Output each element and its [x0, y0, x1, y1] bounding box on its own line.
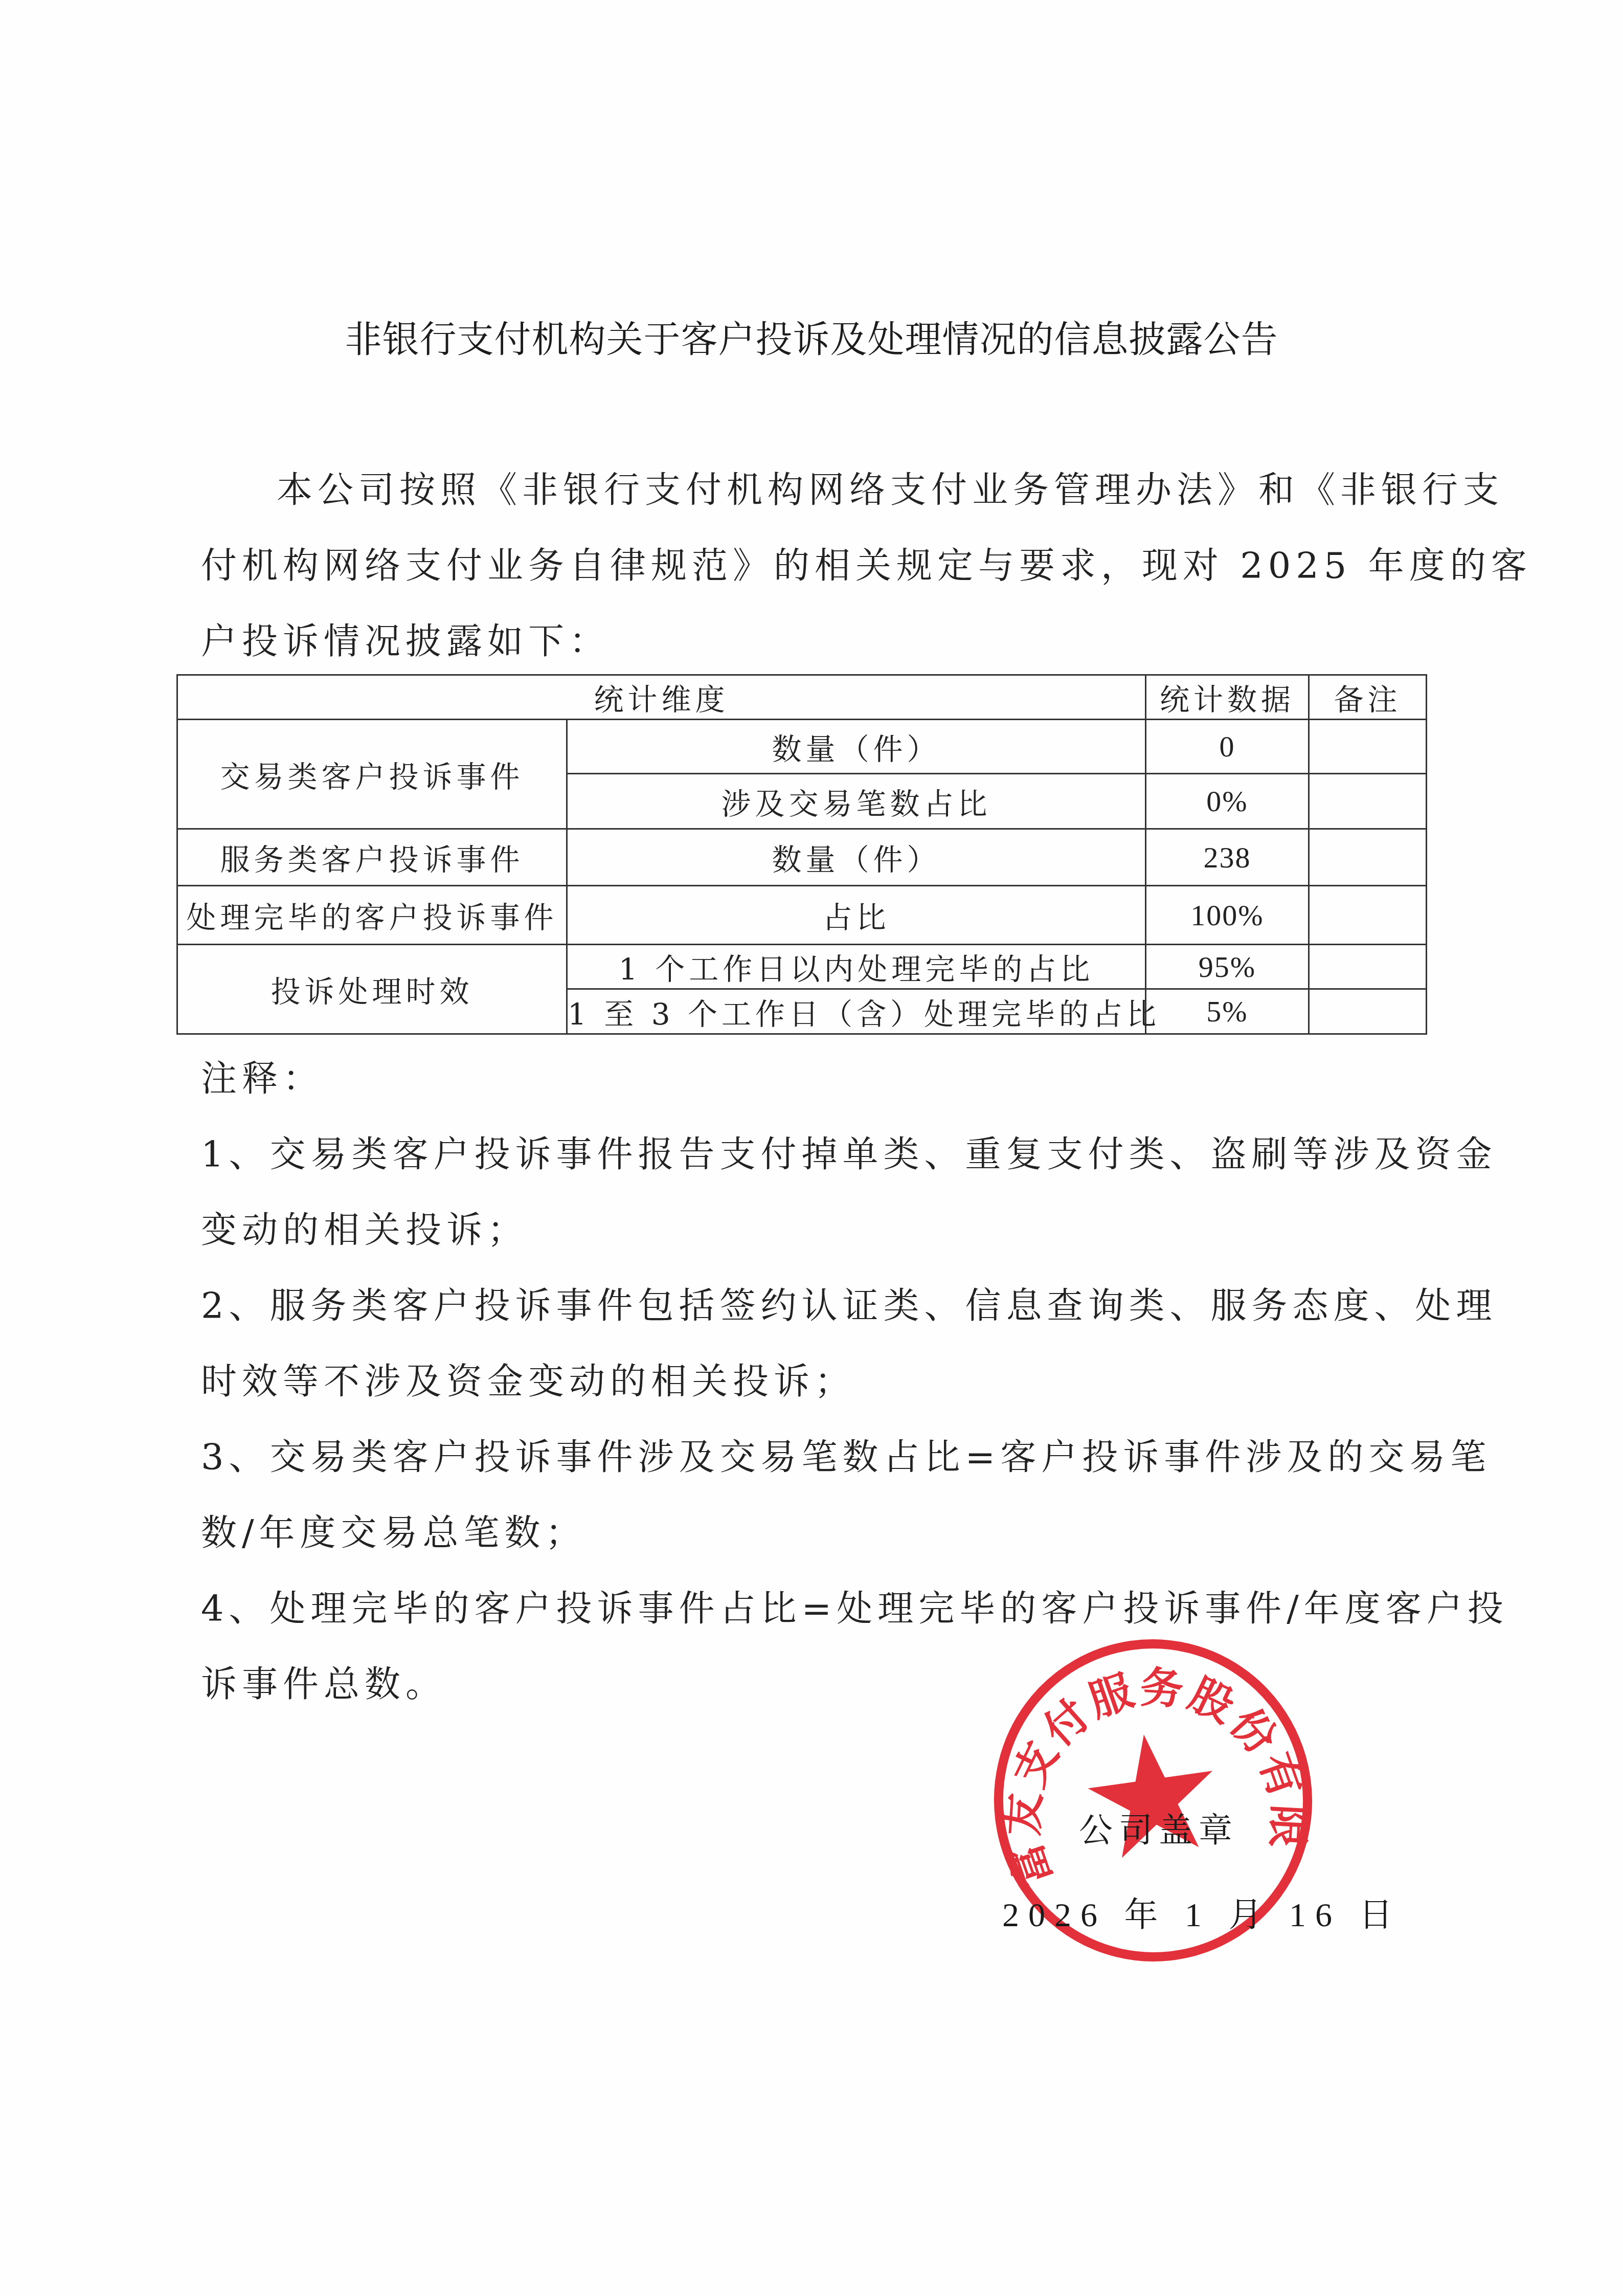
- intro-line-3: 户投诉情况披露如下：: [201, 604, 1428, 679]
- header-data: 统计数据: [1146, 675, 1309, 720]
- table-row: 处理完毕的客户投诉事件 占比 100%: [177, 886, 1427, 945]
- value-cell: 95%: [1146, 945, 1309, 989]
- metric-cell: 1 个工作日以内处理完毕的占比: [567, 945, 1146, 989]
- header-remarks: 备注: [1309, 675, 1427, 720]
- table-row: 服务类客户投诉事件 数量（件） 238: [177, 829, 1427, 886]
- seal-label: 公司盖章: [1079, 1803, 1238, 1852]
- metric-cell: 涉及交易笔数占比: [567, 774, 1146, 829]
- remark-cell: [1309, 989, 1427, 1034]
- value-cell: 5%: [1146, 989, 1309, 1034]
- value-cell: 0%: [1146, 774, 1309, 829]
- signature-date: 2026 年 1 月 16 日: [1002, 1887, 1402, 1936]
- page-title: 非银行支付机构关于客户投诉及处理情况的信息披露公告: [0, 316, 1623, 362]
- intro-line-2: 付机构网络支付业务自律规范》的相关规定与要求，现对 2025 年度的客: [201, 528, 1428, 604]
- metric-cell: 占比: [567, 886, 1146, 945]
- document-page: 非银行支付机构关于客户投诉及处理情况的信息披露公告 本公司按照《非银行支付机构网…: [0, 0, 1623, 2296]
- note-line: 时效等不涉及资金变动的相关投诉；: [201, 1344, 1428, 1419]
- table-row: 投诉处理时效 1 个工作日以内处理完毕的占比 95%: [177, 945, 1427, 989]
- remark-cell: [1309, 886, 1427, 945]
- intro-paragraph: 本公司按照《非银行支付机构网络支付业务管理办法》和《非银行支 付机构网络支付业务…: [201, 452, 1428, 679]
- note-line: 数/年度交易总笔数；: [201, 1495, 1428, 1571]
- value-cell: 0: [1146, 720, 1309, 774]
- notes-section: 注释： 1、交易类客户投诉事件报告支付掉单类、重复支付类、盗刷等涉及资金 变动的…: [201, 1041, 1428, 1722]
- remark-cell: [1309, 945, 1427, 989]
- note-line: 4、处理完毕的客户投诉事件占比=处理完毕的客户投诉事件/年度客户投: [201, 1571, 1428, 1646]
- category-cell: 服务类客户投诉事件: [177, 829, 567, 886]
- category-cell: 处理完毕的客户投诉事件: [177, 886, 567, 945]
- table-header-row: 统计维度 统计数据 备注: [177, 675, 1427, 720]
- remark-cell: [1309, 720, 1427, 774]
- metric-cell: 数量（件）: [567, 829, 1146, 886]
- value-cell: 100%: [1146, 886, 1309, 945]
- remark-cell: [1309, 829, 1427, 886]
- remark-cell: [1309, 774, 1427, 829]
- note-line: 变动的相关投诉；: [201, 1192, 1428, 1268]
- note-line: 3、交易类客户投诉事件涉及交易笔数占比=客户投诉事件涉及的交易笔: [201, 1419, 1428, 1495]
- intro-line-1: 本公司按照《非银行支付机构网络支付业务管理办法》和《非银行支: [201, 452, 1428, 528]
- category-cell: 交易类客户投诉事件: [177, 720, 567, 829]
- note-line: 2、服务类客户投诉事件包括签约认证类、信息查询类、服务态度、处理: [201, 1268, 1428, 1344]
- notes-heading: 注释：: [201, 1041, 1428, 1117]
- value-cell: 238: [1146, 829, 1309, 886]
- table-row: 交易类客户投诉事件 数量（件） 0: [177, 720, 1427, 774]
- category-cell: 投诉处理时效: [177, 945, 567, 1034]
- header-dimension: 统计维度: [177, 675, 1146, 720]
- complaint-stats-table: 统计维度 统计数据 备注 交易类客户投诉事件 数量（件） 0 涉及交易笔数占比 …: [176, 674, 1427, 1035]
- metric-cell: 1 至 3 个工作日（含）处理完毕的占比: [567, 989, 1146, 1034]
- note-line: 1、交易类客户投诉事件报告支付掉单类、重复支付类、盗刷等涉及资金: [201, 1117, 1428, 1192]
- metric-cell: 数量（件）: [567, 720, 1146, 774]
